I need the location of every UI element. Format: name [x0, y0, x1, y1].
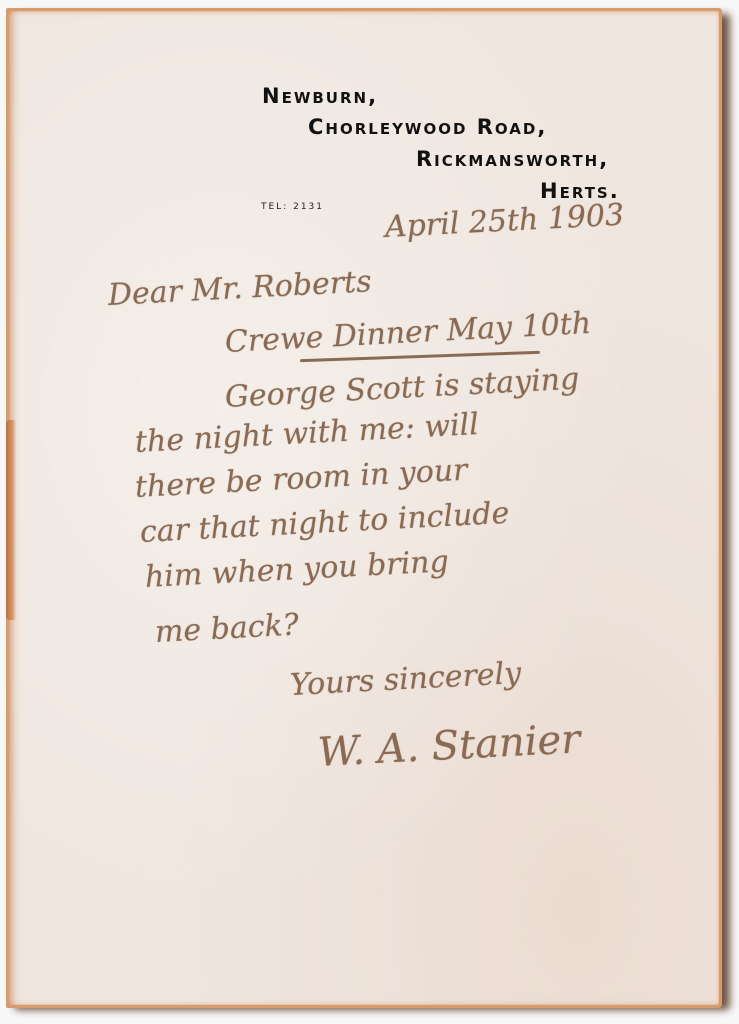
letterhead-house-name: Newburn, [262, 84, 378, 108]
letterhead-telephone: TEL: 2131 [261, 202, 324, 212]
letterhead-town: Rickmansworth, [416, 147, 609, 171]
letterhead-street: Chorleywood Road, [308, 115, 547, 139]
edge-stain [6, 420, 16, 620]
